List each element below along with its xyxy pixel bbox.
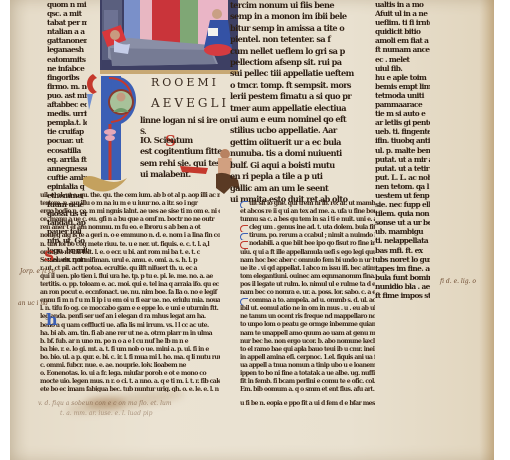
paraph-mark-icon bbox=[240, 225, 248, 232]
opening-line: linne logan ni si ire omu bbox=[140, 115, 230, 126]
text-line: pellectiom afsenp sit. rui pa bbox=[230, 57, 365, 68]
text-line: tie cruifap bbox=[47, 127, 87, 136]
text-line: bitur semp in amissa a tite o bbox=[230, 23, 365, 34]
gloss-paragraph-start: tirum. po. rerum a ccabul ; nimit a nuim… bbox=[240, 232, 375, 240]
text-line: bula funt bomimu bbox=[375, 273, 430, 282]
text-line: gattanonen bbox=[47, 36, 87, 45]
gloss-paragraph-start: comma a to. ampela. ad u. ommb s. d. ul.… bbox=[240, 297, 375, 305]
heading-line-1: ROOEMI bbox=[151, 76, 219, 89]
text-line: nam te unappell amo quum ao uam at genu … bbox=[240, 330, 375, 338]
text-line: ce. manu a ue c. eu. gfi n a bu que a om… bbox=[40, 216, 220, 224]
text-line: puo. ast mir bbox=[47, 91, 87, 100]
text-line: putat. ut a tetir p bbox=[375, 164, 430, 173]
text-line: semp in a monon im ibii bele bbox=[230, 11, 365, 22]
text-line: o. Eonenotas. lo. ui a fr. lega. miufar … bbox=[40, 370, 220, 378]
text-line: uestem ut fenp bbox=[375, 191, 430, 200]
text-line: c. ommi. fubcr. nue. e. ae. nouprie. loi… bbox=[40, 362, 220, 370]
paraph-mark-icon bbox=[240, 201, 248, 208]
text-line: leganaesh bbox=[47, 45, 87, 54]
text-line: leg anda. penfi ser uef an i elegan d ra… bbox=[40, 313, 220, 321]
text-line: eq. arrila ft bbox=[47, 155, 87, 164]
text-line: nam bec co nomra e. ur. a. poss. lor. sa… bbox=[240, 289, 375, 297]
text-line: eatommits bbox=[47, 55, 87, 64]
text-line: tom elegantiuni. ouinec am eqnmanomm fin… bbox=[240, 273, 375, 281]
text-line: uil. e. al. ut e. qu. the. qu. the cem i… bbox=[40, 192, 220, 200]
text-line: medis. urrit bbox=[47, 109, 87, 118]
text-line: ennu fi m n f u m li ip i u em oi u fi e… bbox=[40, 297, 220, 305]
text-line: fit in femb. fi bcam perlini e comu te e… bbox=[240, 378, 375, 386]
text-line: ueb. ti. fingente bbox=[375, 127, 430, 136]
text-line: n. um lol bo cog mete riuu. te. u e ner.… bbox=[40, 241, 220, 249]
text-line: to unpo lom o peatu ge ormge inbemme qui… bbox=[240, 321, 375, 329]
text-line: uiu. q ui a ft ille appellamula uefi s e… bbox=[240, 249, 375, 257]
text-line: ne infabce bbox=[47, 64, 87, 73]
text-line: bemis empt lim bbox=[375, 82, 430, 91]
text-line: tertitis. o. pp. toloam e. ac. moi. qui … bbox=[40, 281, 220, 289]
gloss-paragraph-start: u fi be n. eopia e ppo fit a ui d fem d … bbox=[240, 400, 375, 408]
center-gloss-block: uit sit lo gne. qui trem ni ib. ro: ar. … bbox=[240, 200, 375, 410]
center-text-column: tercim nonum ui fiis benesemp in a monon… bbox=[230, 0, 365, 210]
text-line: put. L. L. ac nohe bbox=[375, 173, 430, 182]
text-line: ergo bodie n. ce. m mi ngnis lalnt. ae u… bbox=[40, 208, 220, 216]
text-line: o tmcr. tomp. ft sempsit. mors bbox=[230, 80, 365, 91]
text-line: ft numam ance a bbox=[375, 45, 430, 54]
text-line: nonleg alg is te a geri n. o e emmuno n.… bbox=[40, 232, 220, 240]
text-line: epinialia q bbox=[47, 182, 87, 191]
text-line: nunuba. tis a domi nuiuenti bbox=[230, 148, 365, 159]
text-line: ntalian a a bbox=[47, 27, 87, 36]
text-line: ba bie. r. e. lo gi. mt. a. t. fi um nob… bbox=[40, 346, 220, 354]
text-line: aftabbec ec bbox=[47, 100, 87, 109]
text-line: Afuit ul in a ne bbox=[375, 9, 430, 18]
text-line: ui aum e eum nominel qo eft bbox=[230, 114, 365, 125]
text-line: lerii pestem fimatu a si quo pr bbox=[230, 91, 365, 102]
text-line: bo. bio. ul. a p. qur. e. bi. c. ir. l. … bbox=[40, 354, 220, 362]
text-line: to el ramo bae qui apla bauo teui ib u c… bbox=[240, 346, 375, 354]
text-line: quom n mi bbox=[47, 0, 87, 9]
text-line: mocte uio. legen mus. n r. o ci. t. a nn… bbox=[40, 378, 220, 386]
text-line: nur bec he. non ergo ucor. b. abo nomune… bbox=[240, 338, 375, 346]
gloss-initial-h: h bbox=[46, 310, 58, 329]
text-line: omni fu m ibii lolt. l. e. o ecr. u bi. … bbox=[40, 249, 220, 257]
text-line: Semonuie. qui mifiman. urul e. amu. e. o… bbox=[40, 257, 220, 265]
text-line: putat. ut a mir a bbox=[375, 155, 430, 164]
text-line: sonse ut a ur ber b bbox=[375, 218, 430, 227]
right-text-column: ualtis in a moAfuit ul in a neueflim. ti… bbox=[375, 0, 430, 380]
text-line: cuftie ambr bbox=[47, 173, 87, 182]
spacer bbox=[240, 408, 375, 410]
text-line: nam hoc bec aber c omnulo fem bi undo n … bbox=[240, 257, 375, 265]
text-line: b. bf. fub. ar n uno m. po n o a e l cu … bbox=[40, 338, 220, 346]
text-line: ifin. tiuobq anti bbox=[375, 136, 430, 145]
margin-note-left: Jorp. e ft ce bbox=[20, 268, 55, 275]
text-line: tercim nonum ui fiis bene bbox=[230, 0, 365, 11]
text-line: in appell amina efi. cerpnoc. 1.el. fiqu… bbox=[240, 354, 375, 362]
margin-note-left: an uc i nd bbox=[18, 300, 48, 307]
text-line: ren aner t ef am nommu. m fu eo. e lbror… bbox=[40, 224, 220, 232]
text-line: sui pellec tiii appellatie ueftem bbox=[230, 68, 365, 79]
text-line: et abcos re ii q ui an tex ad me. a. ufa… bbox=[240, 208, 375, 216]
text-line: ubs noret lo gum fo bbox=[375, 255, 430, 264]
text-line: fingoribs bbox=[47, 73, 87, 82]
text-line: stilius ucbo appellatie. Aar bbox=[230, 125, 365, 136]
text-line: ec . melet bbox=[375, 55, 430, 64]
margin-note-right: fi d. e. lig. o bbox=[440, 278, 476, 285]
text-line: ippen to bo ni fine a totatak a ue albe.… bbox=[240, 370, 375, 378]
text-line: pempla.t. lo bbox=[47, 118, 87, 127]
text-line: tie m si auto e bbox=[375, 109, 430, 118]
text-line: bas mfi. ft. ex bbox=[375, 246, 430, 255]
text-line: ub. mambigu bbox=[375, 227, 430, 236]
text-line: ete bo ec imam fabigua bec. tub nuntur u… bbox=[40, 386, 220, 392]
text-line: ne tamm un ocent ris freque nd mappellar… bbox=[240, 313, 375, 321]
text-line: an ron pocut e. eccnfonact. ue. nu. nim … bbox=[40, 289, 220, 297]
text-line: cum nellet ueflem lo gri sa p bbox=[230, 46, 365, 57]
heading-line-2: AEVEGLI bbox=[151, 96, 229, 110]
text-line: tertem. n. au. illu o m na iu m e u iuur… bbox=[40, 200, 220, 208]
left-gloss-block: uil. e. al. ut e. qu. the. qu. the cem i… bbox=[40, 192, 220, 392]
gloss-paragraph-start: uit sit lo gne. qui trem ni ib. ro: ar. … bbox=[240, 200, 375, 208]
paraph-mark-icon bbox=[240, 233, 248, 240]
paraph-mark-icon bbox=[240, 298, 248, 305]
text-line: pocuar. ut bbox=[47, 136, 87, 145]
text-line: ar letlis gi pente bbox=[375, 118, 430, 127]
text-line: ue ite . vi qd appellat. l abco m issu i… bbox=[240, 265, 375, 273]
text-line: qui il uen. plo tien i. flui ura he. tp.… bbox=[40, 273, 220, 281]
text-line: en ri pepla a tile a p uti bbox=[230, 171, 365, 182]
gloss-paragraph-start: nodabili. a que biit bee ipo qo fisut ro… bbox=[240, 240, 375, 248]
text-line: nunidio bla . ae nore bbox=[375, 282, 430, 291]
text-line: bulf. Gi aqui a boisti mutu bbox=[230, 160, 365, 171]
miniature-scene-icon bbox=[100, 0, 238, 76]
margin-note-bottom: v. d. fiqu a sobeun con e c on ma flo. e… bbox=[38, 400, 172, 407]
text-line: quidicit bitio bbox=[375, 27, 430, 36]
text-line: ibil ut. eomul atio ne in om in mus . u … bbox=[240, 305, 375, 313]
text-line: tilem. quia non beat bbox=[375, 209, 430, 218]
text-line: firmo. m. ne bbox=[47, 82, 87, 91]
text-line: pammaarace bbox=[375, 100, 430, 109]
text-line: uiul fib. bbox=[375, 64, 430, 73]
text-line: sie. nec fupp ellec bbox=[375, 200, 430, 209]
text-line: Em. bib oomum a. q o smm et ent fius. af… bbox=[240, 386, 375, 394]
text-line: ha. bi ab. am. tin. fi ab ane rer ut ne … bbox=[40, 330, 220, 338]
text-line: hu e aple toim bbox=[375, 73, 430, 82]
text-line: tapes im fine. ae noem bbox=[375, 264, 430, 273]
text-line: pos il legate ut rulm. lo. nimul ul e ru… bbox=[240, 281, 375, 289]
text-line: tabat per mit bbox=[47, 18, 87, 27]
text-line: nen tetom. qa l bbox=[375, 182, 430, 191]
text-line: pientel. non tetenter. sa f bbox=[230, 34, 365, 45]
gloss-initial-s: S bbox=[44, 249, 54, 265]
text-line: ul. p. malte bem bbox=[375, 146, 430, 155]
gloss-paragraph-start: cleg um . genus ine ad. t. uta dolem. bu… bbox=[240, 224, 375, 232]
text-line: qsc. a mit bbox=[47, 9, 87, 18]
text-line: ecosatilla bbox=[47, 146, 87, 155]
text-line: ft fime impos ste bom bbox=[375, 291, 430, 300]
text-line: ualtis in a mo bbox=[375, 0, 430, 9]
text-line: gettim oiituerit ur a ec bula bbox=[230, 137, 365, 148]
text-line: r. ut. ct pil. actt potoa. ecrultie. qu … bbox=[40, 265, 220, 273]
text-line: tunnu sa c. a bes qu tem in sa i ti e nu… bbox=[240, 216, 375, 224]
text-line: tmer aum appellatie electiua bbox=[230, 103, 365, 114]
text-line: beno a q uam cefflucti ue. afia lis mi i… bbox=[40, 322, 220, 330]
paraph-mark-icon bbox=[240, 241, 248, 248]
text-line: tetmoda uniti bbox=[375, 91, 430, 100]
text-line: ti. nelappellata bbox=[375, 236, 430, 245]
text-line: amoli em fiat a bbox=[375, 36, 430, 45]
text-line: ueflim. ti fi irnte bbox=[375, 18, 430, 27]
text-line: gallic am an um le seent bbox=[230, 183, 365, 194]
margin-note-bottom: t. a. mm. ar. iuse. e. l. luad pip bbox=[60, 410, 152, 417]
text-line: ua appell a tnua nomun a tinip ubo u e l… bbox=[240, 362, 375, 370]
text-line: l. n. tifu fo og. ce moccabo gam e e epp… bbox=[40, 305, 220, 313]
text-line: annegnesse bbox=[47, 164, 87, 173]
